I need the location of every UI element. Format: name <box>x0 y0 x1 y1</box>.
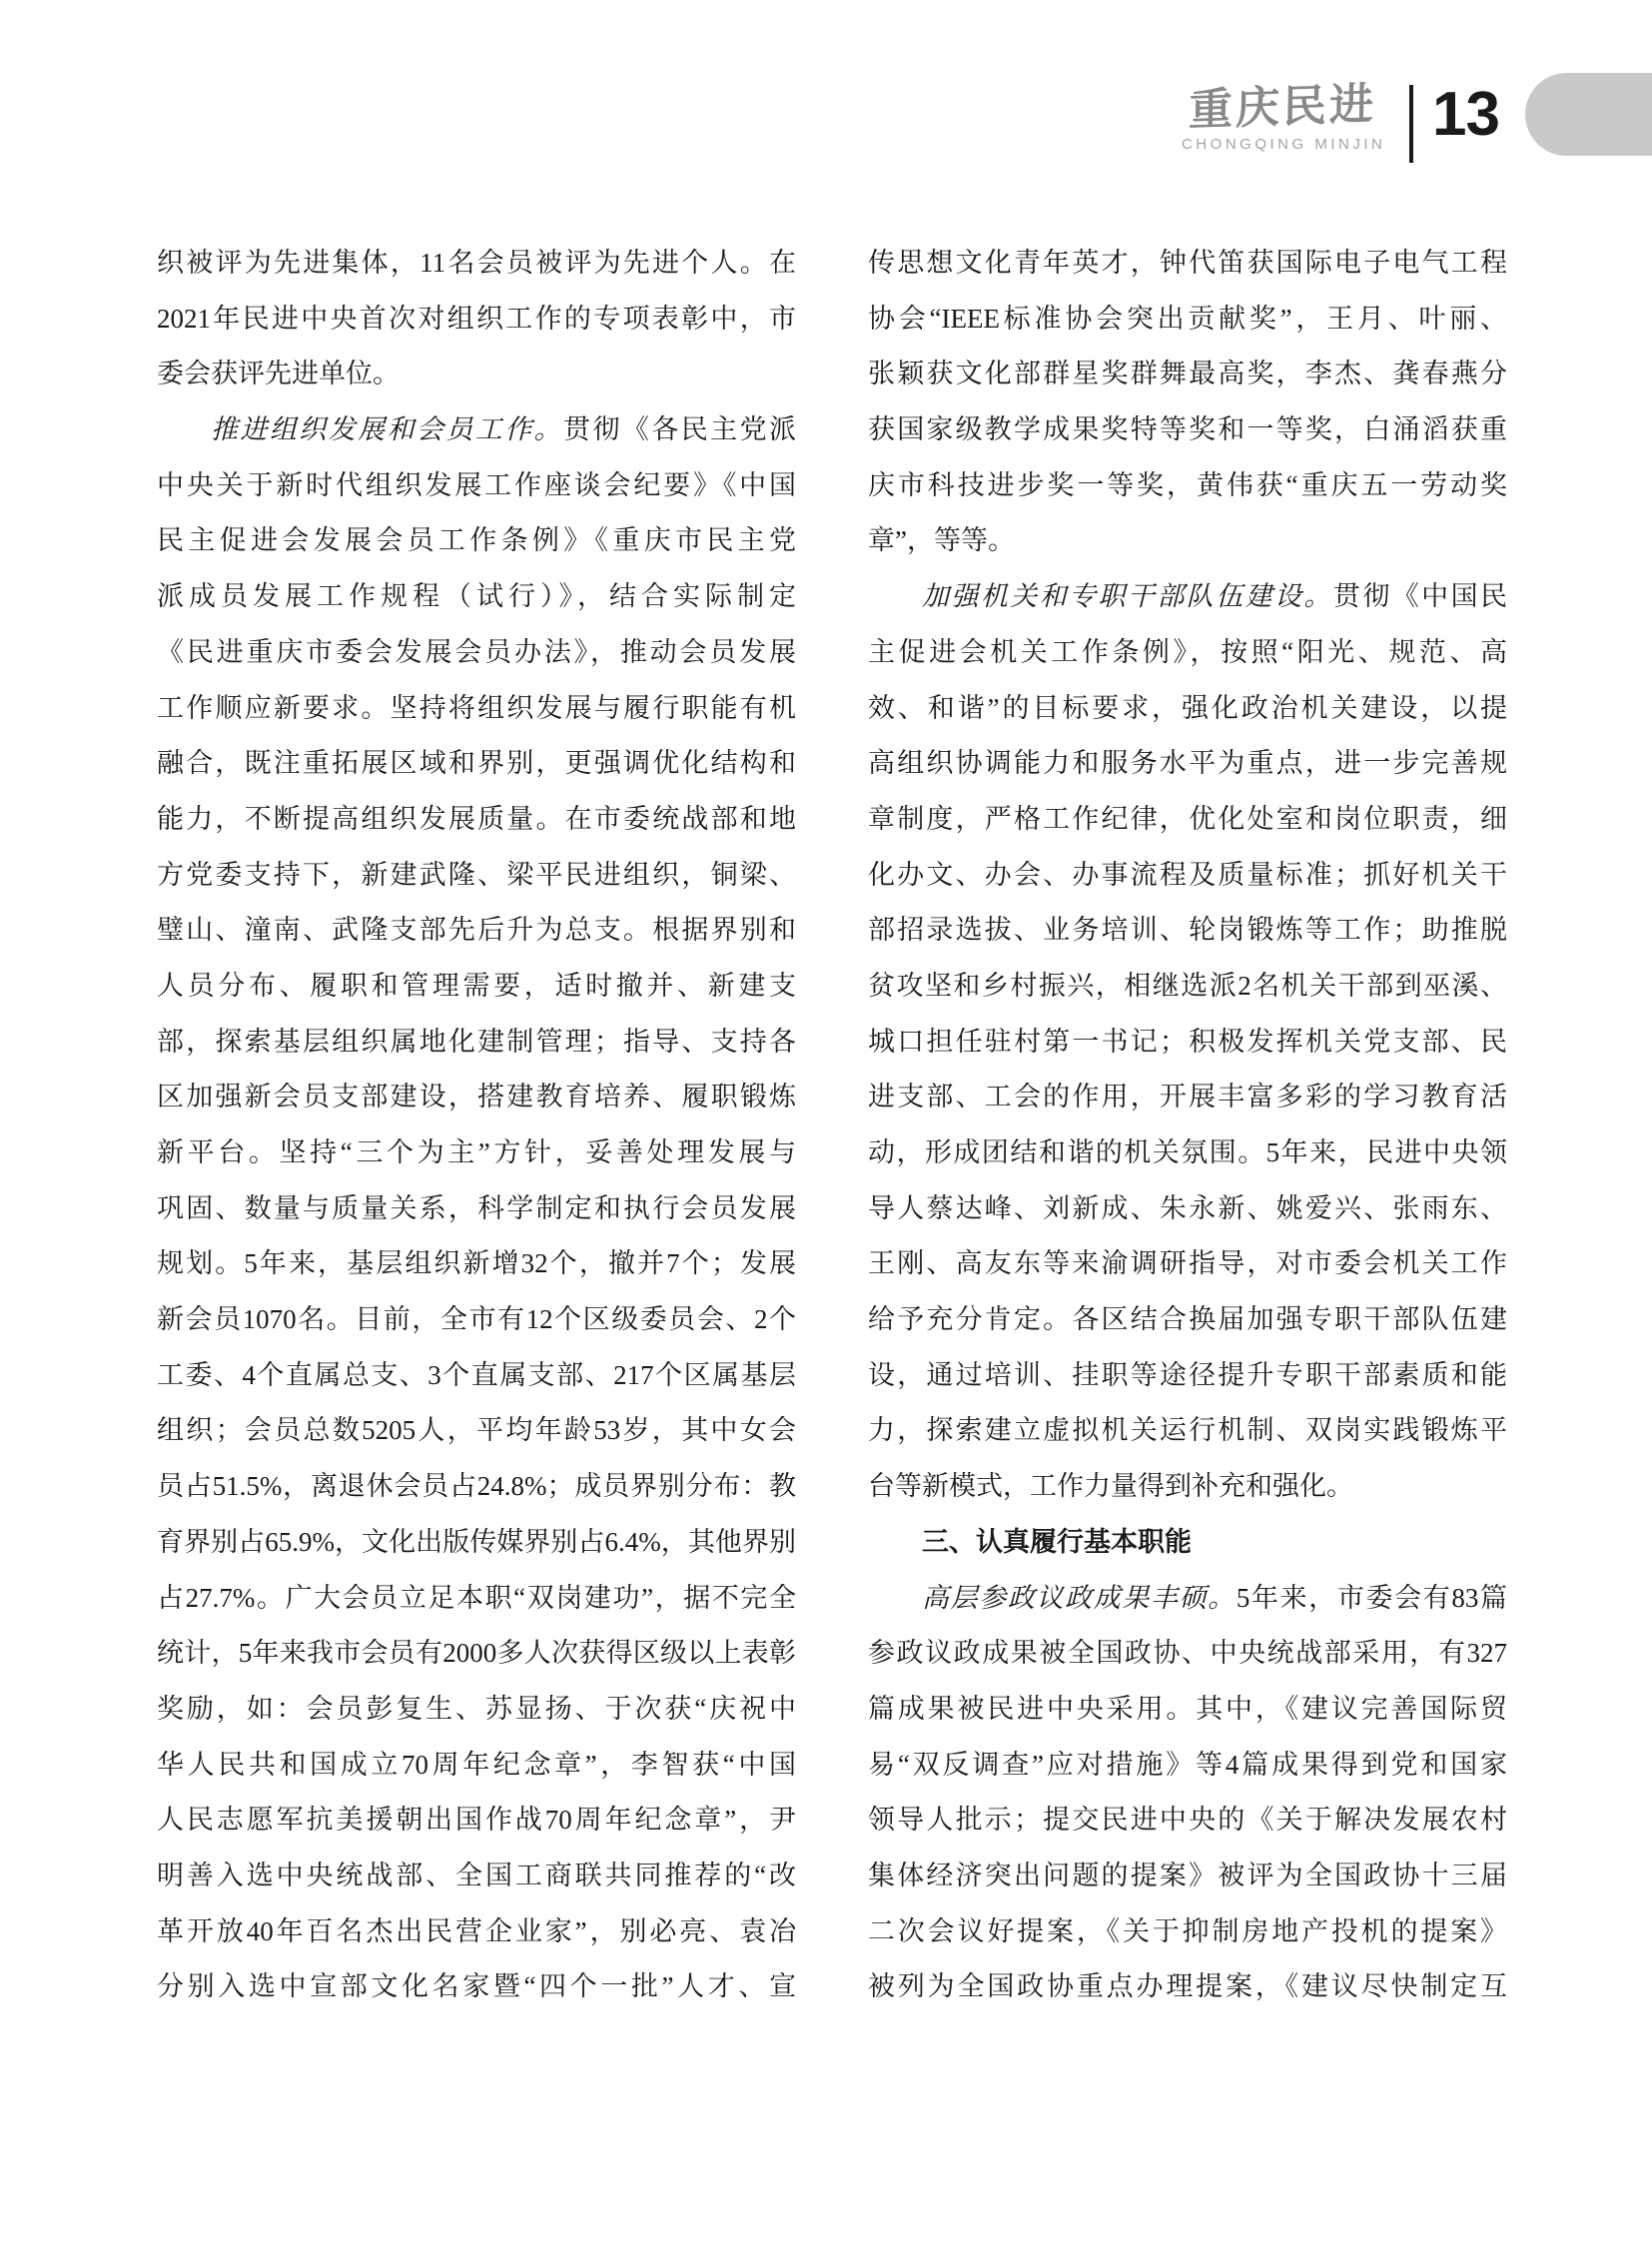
masthead-subtitle: CHONGQING MINJIN <box>1182 137 1383 153</box>
text-segment-song: 统计，5年来我市会员有2000多人次获得区级以上表彰 <box>157 1638 796 1668</box>
text-segment-song: 规划。5年来，基层组织新增32个，撤并7个；发展 <box>157 1248 796 1278</box>
text-line: 贫攻坚和乡村振兴，相继选派2名机关干部到巫溪、 <box>868 959 1507 1015</box>
text-line: 中央关于新时代组织发展工作座谈会纪要》《中国 <box>157 458 796 514</box>
text-line: 王刚、高友东等来渝调研指导，对市委会机关工作 <box>868 1236 1507 1292</box>
text-segment-song: 《民进重庆市委会发展会员办法》，推动会员发展 <box>157 637 796 667</box>
column-right: 传思想文化青年英才，钟代笛获国际电子电气工程协会“IEEE标准协会突出贡献奖”，… <box>868 236 1507 2015</box>
text-segment-song: 融合，既注重拓展区域和界别，更强调优化结构和 <box>157 748 796 778</box>
text-segment-song: 组织；会员总数5205人，平均年龄53岁，其中女会 <box>157 1415 796 1445</box>
text-line: 方党委支持下，新建武隆、梁平民进组织，铜梁、 <box>157 848 796 904</box>
text-segment-song: 部，探索基层组织属地化建制管理；指导、支持各 <box>157 1027 796 1057</box>
text-segment-song: 获国家级教学成果奖特等奖和一等奖，白涌滔获重 <box>868 414 1507 444</box>
text-segment-kai: 推进组织发展和会员工作。 <box>211 414 563 444</box>
text-segment-song: 给予充分肯定。各区结合换届加强专职干部队伍建 <box>868 1304 1507 1334</box>
text-line: 张颖获文化部群星奖群舞最高奖，李杰、龚春燕分 <box>868 347 1507 402</box>
text-line: 动，形成团结和谐的机关氛围。5年来，民进中央领 <box>868 1125 1507 1181</box>
text-segment-song: 导人蔡达峰、刘新成、朱永新、姚爱兴、张雨东、 <box>868 1193 1507 1223</box>
text-line: 设，通过培训、挂职等途径提升专职干部素质和能 <box>868 1348 1507 1404</box>
text-line: 领导人批示；提交民进中央的《关于解决发展农村 <box>868 1793 1507 1849</box>
text-segment-song: 璧山、潼南、武隆支部先后升为总支。根据界别和 <box>157 915 796 945</box>
text-segment-song: 华人民共和国成立70周年纪念章”，李智获“中国 <box>157 1750 796 1780</box>
text-line: 主促进会机关工作条例》，按照“阳光、规范、高 <box>868 625 1507 681</box>
text-line: 区加强新会员支部建设，搭建教育培养、履职锻炼 <box>157 1070 796 1125</box>
text-line: 明善入选中央统战部、全国工商联共同推荐的“改 <box>157 1849 796 1904</box>
masthead-logo: 重庆民进 CHONGQING MINJIN <box>1182 84 1383 153</box>
text-line: 三、认真履行基本职能 <box>868 1515 1507 1571</box>
text-segment-song: 能力，不断提高组织发展质量。在市委统战部和地 <box>157 804 796 834</box>
text-line: 华人民共和国成立70周年纪念章”，李智获“中国 <box>157 1738 796 1794</box>
text-segment-song: 明善入选中央统战部、全国工商联共同推荐的“改 <box>157 1861 796 1890</box>
text-line: 统计，5年来我市会员有2000多人次获得区级以上表彰 <box>157 1626 796 1682</box>
text-line: 章”，等等。 <box>868 513 1507 569</box>
text-line: 导人蔡达峰、刘新成、朱永新、姚爱兴、张雨东、 <box>868 1181 1507 1237</box>
header-divider <box>1409 85 1413 163</box>
text-segment-song: 王刚、高友东等来渝调研指导，对市委会机关工作 <box>868 1248 1507 1278</box>
text-line: 获国家级教学成果奖特等奖和一等奖，白涌滔获重 <box>868 402 1507 458</box>
text-line: 工作顺应新要求。坚持将组织发展与履行职能有机 <box>157 681 796 737</box>
text-segment-song: 育界别占65.9%，文化出版传媒界别占6.4%，其他界别 <box>157 1527 796 1557</box>
text-line: 能力，不断提高组织发展质量。在市委统战部和地 <box>157 792 796 848</box>
text-line: 织被评为先进集体，11名会员被评为先进个人。在 <box>157 236 796 292</box>
text-line: 推进组织发展和会员工作。贯彻《各民主党派 <box>157 402 796 458</box>
text-segment-song: 员占51.5%，离退休会员占24.8%；成员界别分布：教 <box>157 1471 796 1501</box>
text-segment-song: 二次会议好提案，《关于抑制房地产投机的提案》 <box>868 1916 1507 1946</box>
text-line: 融合，既注重拓展区域和界别，更强调优化结构和 <box>157 736 796 792</box>
text-segment-song: 章”，等等。 <box>868 525 1015 555</box>
text-line: 进支部、工会的作用，开展丰富多彩的学习教育活 <box>868 1070 1507 1125</box>
text-segment-song: 2021年民进中央首次对组织工作的专项表彰中，市 <box>157 304 796 334</box>
text-segment-song: 部招录选拔、业务培训、轮岗锻炼等工作；助推脱 <box>868 915 1507 945</box>
text-segment-song: 篇成果被民进中央采用。其中，《建议完善国际贸 <box>868 1694 1507 1724</box>
text-segment-song: 集体经济突出问题的提案》被评为全国政协十三届 <box>868 1861 1507 1890</box>
text-line: 新会员1070名。目前，全市有12个区级委员会、2个 <box>157 1292 796 1348</box>
text-segment-song: 人员分布、履职和管理需要，适时撤并、新建支 <box>157 971 796 1001</box>
text-line: 集体经济突出问题的提案》被评为全国政协十三届 <box>868 1849 1507 1904</box>
text-line: 给予充分肯定。各区结合换届加强专职干部队伍建 <box>868 1292 1507 1348</box>
text-line: 规划。5年来，基层组织新增32个，撤并7个；发展 <box>157 1236 796 1292</box>
text-segment-song: 传思想文化青年英才，钟代笛获国际电子电气工程 <box>868 248 1507 278</box>
text-segment-song: 动，形成团结和谐的机关氛围。5年来，民进中央领 <box>868 1137 1507 1167</box>
text-segment-song: 高组织协调能力和服务水平为重点，进一步完善规 <box>868 748 1507 778</box>
text-line: 效、和谐”的目标要求，强化政治机关建设，以提 <box>868 681 1507 737</box>
text-line: 城口担任驻村第一书记；积极发挥机关党支部、民 <box>868 1015 1507 1071</box>
text-segment-song: 力，探索建立虚拟机关运行机制、双岗实践锻炼平 <box>868 1415 1507 1445</box>
text-segment-song: 奖励，如：会员彭复生、苏显扬、于次获“庆祝中 <box>157 1694 796 1724</box>
text-segment-song: 区加强新会员支部建设，搭建教育培养、履职锻炼 <box>157 1082 796 1112</box>
text-line: 员占51.5%，离退休会员占24.8%；成员界别分布：教 <box>157 1459 796 1515</box>
text-segment-song: 工委、4个直属总支、3个直属支部、217个区属基层 <box>157 1360 796 1390</box>
text-segment-kai: 加强机关和专职干部队伍建设。 <box>922 581 1333 611</box>
text-segment-song: 城口担任驻村第一书记；积极发挥机关党支部、民 <box>868 1027 1507 1057</box>
text-line: 占27.7%。广大会员立足本职“双岗建功”，据不完全 <box>157 1571 796 1627</box>
text-line: 篇成果被民进中央采用。其中，《建议完善国际贸 <box>868 1682 1507 1738</box>
text-line: 民主促进会发展会员工作条例》《重庆市民主党 <box>157 513 796 569</box>
text-line: 二次会议好提案，《关于抑制房地产投机的提案》 <box>868 1904 1507 1960</box>
text-segment-song: 主促进会机关工作条例》，按照“阳光、规范、高 <box>868 637 1507 667</box>
text-segment-song: 被列为全国政协重点办理提案，《建议尽快制定互 <box>868 1971 1507 2001</box>
text-segment-song: 庆市科技进步奖一等奖，黄伟获“重庆五一劳动奖 <box>868 470 1507 500</box>
text-line: 人民志愿军抗美援朝出国作战70周年纪念章”，尹 <box>157 1793 796 1849</box>
text-line: 《民进重庆市委会发展会员办法》，推动会员发展 <box>157 625 796 681</box>
column-left: 织被评为先进集体，11名会员被评为先进个人。在2021年民进中央首次对组织工作的… <box>157 236 796 2015</box>
text-line: 工委、4个直属总支、3个直属支部、217个区属基层 <box>157 1348 796 1404</box>
text-line: 化办文、办会、办事流程及质量标准；抓好机关干 <box>868 848 1507 904</box>
text-line: 传思想文化青年英才，钟代笛获国际电子电气工程 <box>868 236 1507 292</box>
text-segment-song: 人民志愿军抗美援朝出国作战70周年纪念章”，尹 <box>157 1805 796 1835</box>
text-line: 委会获评先进单位。 <box>157 347 796 402</box>
text-segment-song: 革开放40年百名杰出民营企业家”，别必亮、袁冶 <box>157 1916 796 1946</box>
text-segment-song: 新平台。坚持“三个为主”方针，妥善处理发展与 <box>157 1137 796 1167</box>
page-number: 13 <box>1432 82 1499 148</box>
text-line: 加强机关和专职干部队伍建设。贯彻《中国民 <box>868 569 1507 625</box>
text-line: 人员分布、履职和管理需要，适时撤并、新建支 <box>157 959 796 1015</box>
corner-tab <box>1525 73 1652 156</box>
text-segment-kai: 高层参政议政成果丰硕。 <box>922 1583 1237 1613</box>
text-line: 高组织协调能力和服务水平为重点，进一步完善规 <box>868 736 1507 792</box>
text-segment-song: 中央关于新时代组织发展工作座谈会纪要》《中国 <box>157 470 796 500</box>
text-segment-song: 贫攻坚和乡村振兴，相继选派2名机关干部到巫溪、 <box>868 971 1507 1001</box>
text-segment-song: 效、和谐”的目标要求，强化政治机关建设，以提 <box>868 693 1507 723</box>
text-segment-hei: 三、认真履行基本职能 <box>922 1527 1192 1557</box>
text-segment-song: 设，通过培训、挂职等途径提升专职干部素质和能 <box>868 1360 1507 1390</box>
text-segment-song: 协会“IEEE标准协会突出贡献奖”，王月、叶丽、 <box>868 304 1507 334</box>
text-line: 2021年民进中央首次对组织工作的专项表彰中，市 <box>157 292 796 348</box>
text-segment-song: 方党委支持下，新建武隆、梁平民进组织，铜梁、 <box>157 860 796 890</box>
text-line: 璧山、潼南、武隆支部先后升为总支。根据界别和 <box>157 903 796 959</box>
text-segment-song: 台等新模式，工作力量得到补充和强化。 <box>868 1471 1353 1501</box>
text-line: 被列为全国政协重点办理提案，《建议尽快制定互 <box>868 1959 1507 2015</box>
text-segment-song: 委会获评先进单位。 <box>157 359 400 388</box>
text-segment-song: 进支部、工会的作用，开展丰富多彩的学习教育活 <box>868 1082 1507 1112</box>
text-line: 新平台。坚持“三个为主”方针，妥善处理发展与 <box>157 1125 796 1181</box>
text-line: 高层参政议政成果丰硕。5年来，市委会有83篇 <box>868 1571 1507 1627</box>
text-line: 部，探索基层组织属地化建制管理；指导、支持各 <box>157 1015 796 1071</box>
text-line: 协会“IEEE标准协会突出贡献奖”，王月、叶丽、 <box>868 292 1507 348</box>
text-line: 奖励，如：会员彭复生、苏显扬、于次获“庆祝中 <box>157 1682 796 1738</box>
text-segment-song: 贯彻《中国民 <box>1333 581 1507 611</box>
text-segment-song: 贯彻《各民主党派 <box>563 414 796 444</box>
text-segment-song: 占27.7%。广大会员立足本职“双岗建功”，据不完全 <box>157 1583 796 1613</box>
text-segment-song: 织被评为先进集体，11名会员被评为先进个人。在 <box>157 248 796 278</box>
text-segment-song: 新会员1070名。目前，全市有12个区级委员会、2个 <box>157 1304 796 1334</box>
text-line: 参政议政成果被全国政协、中央统战部采用，有327 <box>868 1626 1507 1682</box>
text-line: 派成员发展工作规程（试行）》，结合实际制定 <box>157 569 796 625</box>
text-segment-song: 参政议政成果被全国政协、中央统战部采用，有327 <box>868 1638 1507 1668</box>
text-line: 部招录选拔、业务培训、轮岗锻炼等工作；助推脱 <box>868 903 1507 959</box>
text-segment-song: 巩固、数量与质量关系，科学制定和执行会员发展 <box>157 1193 796 1223</box>
masthead-calligraphy-logo: 重庆民进 <box>1182 80 1384 135</box>
magazine-page: 重庆民进 CHONGQING MINJIN 13 织被评为先进集体，11名会员被… <box>0 0 1652 2241</box>
text-line: 巩固、数量与质量关系，科学制定和执行会员发展 <box>157 1181 796 1237</box>
text-line: 育界别占65.9%，文化出版传媒界别占6.4%，其他界别 <box>157 1515 796 1571</box>
text-line: 庆市科技进步奖一等奖，黄伟获“重庆五一劳动奖 <box>868 458 1507 514</box>
text-line: 革开放40年百名杰出民营企业家”，别必亮、袁冶 <box>157 1904 796 1960</box>
text-line: 组织；会员总数5205人，平均年龄53岁，其中女会 <box>157 1403 796 1459</box>
text-line: 易“双反调查”应对措施》等4篇成果得到党和国家 <box>868 1738 1507 1794</box>
text-line: 章制度，严格工作纪律，优化处室和岗位职责，细 <box>868 792 1507 848</box>
text-segment-song: 派成员发展工作规程（试行）》，结合实际制定 <box>157 581 796 611</box>
text-line: 力，探索建立虚拟机关运行机制、双岗实践锻炼平 <box>868 1403 1507 1459</box>
text-segment-song: 分别入选中宣部文化名家暨“四个一批”人才、宣 <box>157 1971 796 2001</box>
text-line: 分别入选中宣部文化名家暨“四个一批”人才、宣 <box>157 1959 796 2015</box>
text-segment-song: 工作顺应新要求。坚持将组织发展与履行职能有机 <box>157 693 796 723</box>
text-segment-song: 章制度，严格工作纪律，优化处室和岗位职责，细 <box>868 804 1507 834</box>
text-segment-song: 易“双反调查”应对措施》等4篇成果得到党和国家 <box>868 1750 1507 1780</box>
text-segment-song: 张颖获文化部群星奖群舞最高奖，李杰、龚春燕分 <box>868 359 1507 388</box>
text-segment-song: 5年来，市委会有83篇 <box>1237 1583 1507 1613</box>
text-segment-song: 民主促进会发展会员工作条例》《重庆市民主党 <box>157 525 796 555</box>
text-line: 台等新模式，工作力量得到补充和强化。 <box>868 1459 1507 1515</box>
text-segment-song: 领导人批示；提交民进中央的《关于解决发展农村 <box>868 1805 1507 1835</box>
text-segment-song: 化办文、办会、办事流程及质量标准；抓好机关干 <box>868 860 1507 890</box>
